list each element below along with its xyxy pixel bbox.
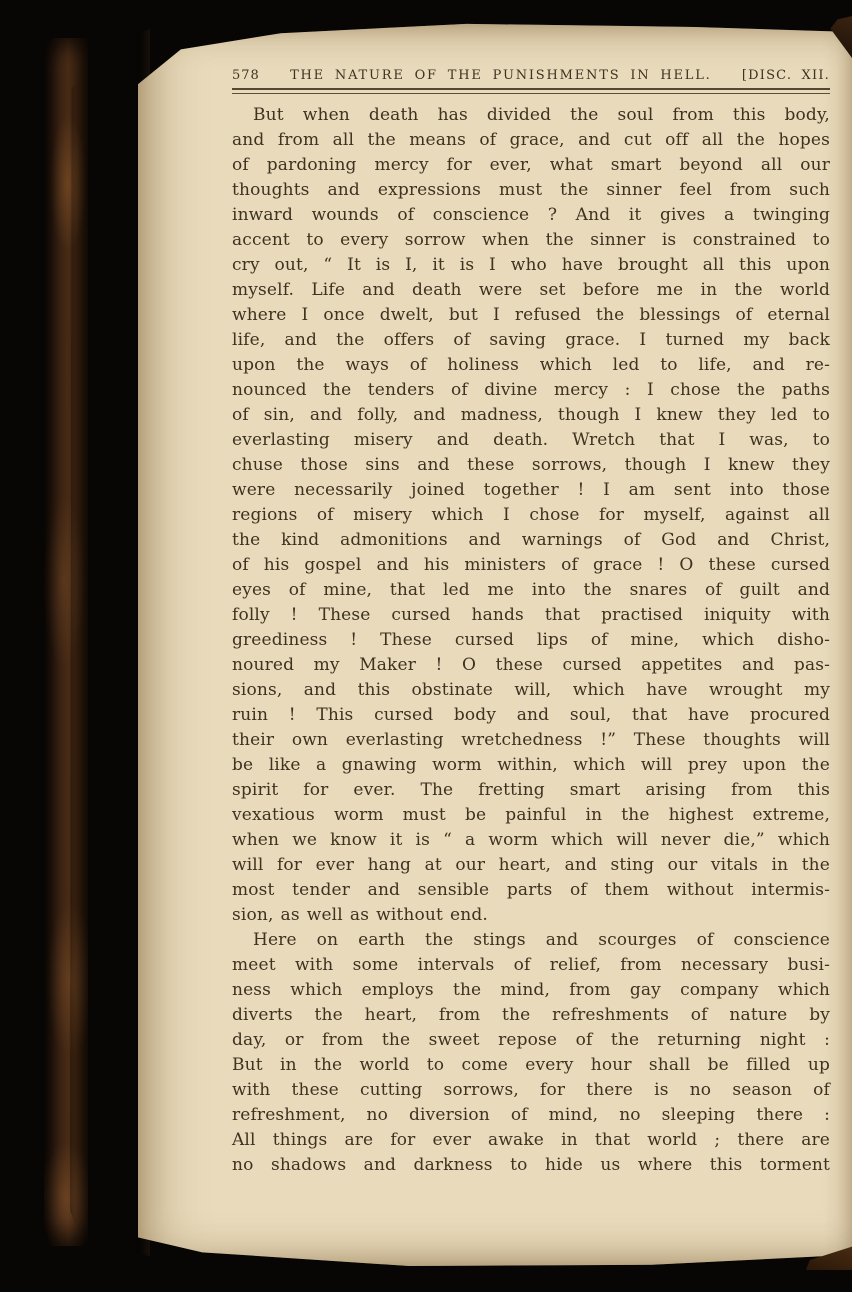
text-line: All things are for ever awake in that wo… [232, 1128, 830, 1153]
page-number: 578 [232, 68, 260, 83]
text-line: Here on earth the stings and scourges of… [232, 928, 830, 953]
text-line: chuse those sins and these sorrows, thou… [232, 453, 830, 478]
text-line: sion, as well as without end. [232, 903, 830, 928]
text-line: cry out, “ It is I, it is I who have bro… [232, 253, 830, 278]
text-line: of pardoning mercy for ever, what smart … [232, 153, 830, 178]
text-line: everlasting misery and death. Wretch tha… [232, 428, 830, 453]
running-header: 578 THE NATURE OF THE PUNISHMENTS IN HEL… [232, 68, 830, 83]
text-line: folly ! These cursed hands that practise… [232, 603, 830, 628]
photo-backdrop: 578 THE NATURE OF THE PUNISHMENTS IN HEL… [0, 0, 852, 1292]
text-line: greediness ! These cursed lips of mine, … [232, 628, 830, 653]
text-line: refreshment, no diversion of mind, no sl… [232, 1103, 830, 1128]
page-surface: 578 THE NATURE OF THE PUNISHMENTS IN HEL… [138, 22, 852, 1266]
text-line: were necessarily joined together ! I am … [232, 478, 830, 503]
text-line: meet with some intervals of relief, from… [232, 953, 830, 978]
text-line: regions of misery which I chose for myse… [232, 503, 830, 528]
book-page: 578 THE NATURE OF THE PUNISHMENTS IN HEL… [138, 22, 852, 1266]
text-line: vexatious worm must be painful in the hi… [232, 803, 830, 828]
text-line: when we know it is “ a worm which will n… [232, 828, 830, 853]
text-line: most tender and sensible parts of them w… [232, 878, 830, 903]
running-title: THE NATURE OF THE PUNISHMENTS IN HELL. [290, 68, 712, 83]
text-line: accent to every sorrow when the sinner i… [232, 228, 830, 253]
text-line: But when death has divided the soul from… [232, 103, 830, 128]
text-line: their own everlasting wretchedness !” Th… [232, 728, 830, 753]
page-body-text: But when death has divided the soul from… [232, 103, 830, 1178]
text-line: ruin ! This cursed body and soul, that h… [232, 703, 830, 728]
text-line: upon the ways of holiness which led to l… [232, 353, 830, 378]
text-line: no shadows and darkness to hide us where… [232, 1153, 830, 1178]
text-line: thoughts and expressions must the sinner… [232, 178, 830, 203]
text-line: life, and the offers of saving grace. I … [232, 328, 830, 353]
header-double-rule [232, 88, 830, 94]
text-line: diverts the heart, from the refreshments… [232, 1003, 830, 1028]
text-line: and from all the means of grace, and cut… [232, 128, 830, 153]
text-line: the kind admonitions and warnings of God… [232, 528, 830, 553]
text-line: of his gospel and his ministers of grace… [232, 553, 830, 578]
text-line: But in the world to come every hour shal… [232, 1053, 830, 1078]
text-line: day, or from the sweet repose of the ret… [232, 1028, 830, 1053]
text-line: inward wounds of conscience ? And it giv… [232, 203, 830, 228]
text-line: spirit for ever. The fretting smart aris… [232, 778, 830, 803]
text-line: nounced the tenders of divine mercy : I … [232, 378, 830, 403]
text-line: ness which employs the mind, from gay co… [232, 978, 830, 1003]
text-line: sions, and this obstinate will, which ha… [232, 678, 830, 703]
text-line: noured my Maker ! O these cursed appetit… [232, 653, 830, 678]
text-line: where I once dwelt, but I refused the bl… [232, 303, 830, 328]
text-line: with these cutting sorrows, for there is… [232, 1078, 830, 1103]
text-line: will for ever hang at our heart, and sti… [232, 853, 830, 878]
text-line: myself. Life and death were set before m… [232, 278, 830, 303]
text-line: of sin, and folly, and madness, though I… [232, 403, 830, 428]
text-line: eyes of mine, that led me into the snare… [232, 578, 830, 603]
discourse-label: [DISC. XII. [742, 68, 830, 83]
text-line: be like a gnawing worm within, which wil… [232, 753, 830, 778]
